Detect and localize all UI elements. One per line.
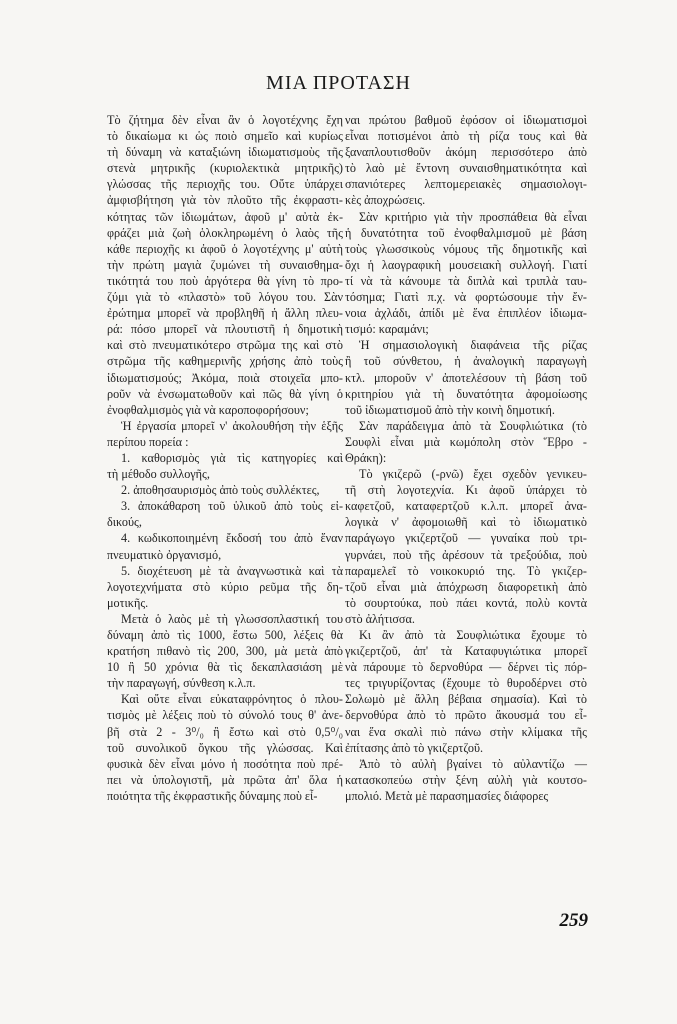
text-line: κριτηρίου γιὰ τὴ δυνατότητα ἀφομοίωσης [345, 386, 587, 402]
text-line: δύναμη ἀπὸ τὶς 1000, ἔστω 500, λέξεις θὰ [107, 627, 343, 643]
text-line: ἡ δυνατότητα τοῦ ἐνοφθαλμισμοῦ μὲ βάση [345, 225, 587, 241]
text-line: γκιζερτζοῦ, ἀπ' τὰ Καταφυγιώτικα μπορεῖ [345, 643, 587, 659]
right-column: ναι πρώτου βαθμοῦ ἐφόσον οἱ ἰδιωματισμοὶ… [345, 112, 587, 804]
text-line: πνευματικὸ ὀργανισμό, [107, 547, 343, 563]
text-line: 5. διοχέτευση μὲ τὰ ἀναγνωστικὰ καὶ τὰ [107, 563, 343, 579]
text-line: 2. ἀποθησαυρισμὸς ἀπὸ τοὺς συλλέκτες, [107, 482, 343, 498]
text-line: σπανιότερες λεπτομερειακὲς σημασιολογι- [345, 176, 587, 192]
text-line: ρά: πόσο μπορεῖ νὰ πλουτιστῆ ἡ δημοτικὴ [107, 321, 343, 337]
text-line: Σὰν παράδειγμα ἀπὸ τὰ Σουφλιώτικα (τὸ [345, 418, 587, 434]
text-line: κάθε περιοχῆς κι ἀφοῦ ὁ λογοτέχνης μ' αὐ… [107, 241, 343, 257]
text-line: τζοῦ εἶναι μιὰ ἀπόχρωση διαφορετικὴ ἀπὸ [345, 579, 587, 595]
text-line: εἶναι ποτισμένοι ἀπὸ τὴ ρίζα τους καὶ θὰ [345, 128, 587, 144]
text-line: 4. κωδικοποιημένη ἔκδοσή του ἀπὸ ἕναν [107, 530, 343, 546]
text-line: ἐνοφθαλμισμὸς γιὰ νὰ καροποφορήσουν; [107, 402, 343, 418]
text-line: δικούς, [107, 514, 343, 530]
text-line: γλώσσας τῆς περιοχῆς του. Οὔτε ὑπάρχει [107, 176, 343, 192]
text-line: τὸ σουρτούκα, ποὺ πάει κοντά, πολὺ κοντὰ [345, 595, 587, 611]
text-line: τες τριγυρίζοντας (ἔχουμε τὸ θυροδέρνει … [345, 675, 587, 691]
text-line: Κι ἂν ἀπὸ τὰ Σουφλιώτικα ἔχουμε τὸ [345, 627, 587, 643]
text-line: Ἡ σημασιολογικὴ διαφάνεια τῆς ρίζας [345, 337, 587, 353]
text-line: Τὸ ζήτημα δὲν εἶναι ἂν ὁ λογοτέχνης ἔχη [107, 112, 343, 128]
text-line: ἐρώτημα μπορεῖ νὰ προβληθῆ ἡ ἄλλη πλευ- [107, 305, 343, 321]
text-line: ναι ἕνα σκαλὶ πιὸ πάνω στὴν κλίμακα τῆς [345, 724, 587, 740]
text-line: μπολιό. Μετὰ μὲ παρασημασίες διάφορες [345, 788, 587, 804]
text-line: νοια ἀχλάδι, ἀπίδι μὲ ἕνα ἐπιπλέον ἰδιωμ… [345, 305, 587, 321]
text-line: φράζει μιὰ ζωὴ ὁλοκληρωμένη ὁ λαὸς τῆς [107, 225, 343, 241]
text-line: τί νὰ τὰ κάνουμε τὰ διπλὰ καὶ τριπλὰ ταυ… [345, 273, 587, 289]
text-line: 3. ἀποκάθαρση τοῦ ὑλικοῦ ἀπὸ τοὺς εἰ- [107, 498, 343, 514]
text-line: ἢ τοῦ σύνθετου, ἡ ἀναλογικὴ παραγωγὴ [345, 353, 587, 369]
text-line: στενὰ μητρικῆς (κυριολεκτικὰ μητρικῆς) [107, 160, 343, 176]
text-line: ἐπίτασης ἀπὸ τὸ γκιζερτζοῦ. [345, 740, 587, 756]
text-line: στὸ ἀλήτισσα. [345, 611, 587, 627]
text-line: ξαναπλουτισθοῦν ἀκόμη περισσότερο ἀπὸ [345, 144, 587, 160]
text-line: τόσημα; Γιατὶ π.χ. νὰ φορτώσουμε τὴν ἔν- [345, 289, 587, 305]
text-line: τοὺς γλωσσικοὺς νόμους τῆς δημοτικῆς καὶ [345, 241, 587, 257]
text-line: νὰ πάρουμε τὸ δερνοθύρα — δέρνει τὶς πόρ… [345, 659, 587, 675]
text-line: ἀμφισβήτηση γιὰ τὸν πλοῦτο τῆς ἐκφραστι- [107, 192, 343, 208]
text-line: τοῦ ἰδιωματισμοῦ ἀπὸ τὴν κοινὴ δημοτική. [345, 402, 587, 418]
text-line: περίπου πορεία : [107, 434, 343, 450]
text-line: Καὶ οὔτε εἶναι εὐκαταφρόνητος ὁ πλου- [107, 691, 343, 707]
text-line: κρατήση πιθανὸ τὶς 200, 300, μὰ μετὰ ἀπὸ [107, 643, 343, 659]
text-line: Τὸ γκιζερῶ (-ρνῶ) ἔχει σχεδὸν γενικευ- [345, 466, 587, 482]
text-line: καὶ στὸ πνευματικότερο στρῶμα της καὶ στ… [107, 337, 343, 353]
text-line: παράγωγο γκιζερτζοῦ — γυναίκα ποὺ τρι- [345, 530, 587, 546]
text-line: τὸ λαὸ μὲ ἔντονη συναισθηματικότητα καὶ [345, 160, 587, 176]
text-line: δερνοθύρα ἀπὸ τὸ πρῶτο ἄκουσμά του εἶ- [345, 707, 587, 723]
text-line: τὴν παραγωγή, σύνθεση κ.λ.π. [107, 675, 343, 691]
text-line: κότητας τῶν ἰδιωμάτων, ἀφοῦ μ' αὐτὰ ἐκ- [107, 209, 343, 225]
text-line: γυρνάει, ποὺ τῆς ἀρέσουν τὰ τρεξούδια, π… [345, 547, 587, 563]
text-line: Σὰν κριτήριο γιὰ τὴν προσπάθεια θὰ εἶναι [345, 209, 587, 225]
left-column: Τὸ ζήτημα δὲν εἶναι ἂν ὁ λογοτέχνης ἔχητ… [107, 112, 343, 804]
text-line: Μετὰ ὁ λαὸς μὲ τὴ γλωσσοπλαστική του [107, 611, 343, 627]
text-line: κὲς ἀποχρώσεις. [345, 192, 587, 208]
text-line: τικότητά του ποὺ ἀργότερα θὰ γίνη τὸ προ… [107, 273, 343, 289]
text-line: καφετζοῦ, καταφερτζοῦ κ.λ.π. μπορεῖ ἀνα- [345, 498, 587, 514]
text-line: βῆ στὰ 2 - 3⁰/₀ ἢ ἔστω καὶ στὸ 0,5⁰/₀ [107, 724, 343, 740]
text-line: ποιότητα τῆς ἐκφραστικῆς δύναμης ποὺ εἶ- [107, 788, 343, 804]
text-line: τισμὸς μὲ λέξεις ποὺ τὸ σύνολό τους θ' ἀ… [107, 707, 343, 723]
text-line: Θράκη): [345, 450, 587, 466]
text-line: παραμελεῖ τὸ νοικοκυριό της. Τὸ γκιζερ- [345, 563, 587, 579]
text-line: πει νὰ ὑπολογιστῆ, μὰ πρῶτα ἀπ' ὅλα ἡ [107, 772, 343, 788]
text-line: ὄχι ἡ λαογραφικὴ μουσειακὴ συλλογή. Γιατ… [345, 257, 587, 273]
text-line: Ἡ ἐργασία μπορεῖ ν' ἀκολουθήση τὴν ἑξῆς [107, 418, 343, 434]
page-title: ΜΙΑ ΠΡΟΤΑΣΗ [0, 72, 677, 95]
text-line: Σολωμὸ μὲ ἄλλη βέβαια σημασία). Καὶ τὸ [345, 691, 587, 707]
text-line: στρῶμα τῆς καθημερινῆς χρήσης ἀπὸ τοὺς [107, 353, 343, 369]
text-line: μοτικῆς. [107, 595, 343, 611]
page-number: 259 [540, 910, 588, 932]
text-line: τὴ μέθοδο συλλογῆς, [107, 466, 343, 482]
text-line: 10 ἢ 50 χρόνια θὰ τὶς δεκαπλασιάση μὲ [107, 659, 343, 675]
text-line: ναι πρώτου βαθμοῦ ἐφόσον οἱ ἰδιωματισμοὶ [345, 112, 587, 128]
text-line: λογοτεχνήματα στὸ κύριο ρεῦμα τῆς δη- [107, 579, 343, 595]
text-line: τὸ δικαίωμα κι ὡς ποιὸ σημεῖο καὶ κυρίως [107, 128, 343, 144]
text-line: τισμό: καραμάνι; [345, 321, 587, 337]
text-line: Ἀπὸ τὸ αὐλὴ βγαίνει τὸ αὐλαντίζω — [345, 756, 587, 772]
text-line: κτλ. μποροῦν ν' ἀποτελέσουν τὴ βάση τοῦ [345, 370, 587, 386]
text-line: τῆ στὴ λογοτεχνία. Κι ἀφοῦ ὑπάρχει τὸ [345, 482, 587, 498]
text-line: 1. καθορισμὸς γιὰ τὶς κατηγορίες καὶ [107, 450, 343, 466]
text-line: τὴ δύναμη νὰ καταξιώνη ἰδιωματισμοὺς τῆς [107, 144, 343, 160]
text-line: λογικὰ ν' ἀφομοιωθῆ καὶ τὸ ἰδιωματικὸ [345, 514, 587, 530]
text-line: ροῦν νὰ ἐνσωματωθοῦν καὶ πῶς θὰ γίνη ὁ [107, 386, 343, 402]
text-line: ἰδιωματισμούς; Ἀκόμα, ποιὰ στοιχεῖα μπο- [107, 370, 343, 386]
text-line: ζύμι γιὰ τὸ «πλαστὸ» τοῦ λόγου του. Σὰν [107, 289, 343, 305]
text-line: Σουφλὶ εἶναι μιὰ κωμόπολη στὸν Ἕβρο - [345, 434, 587, 450]
text-line: τοῦ συνολικοῦ ὄγκου τῆς γλώσσας. Καὶ [107, 740, 343, 756]
text-line: κατασκοπεύω στὴν ξένη αὐλὴ γιὰ κουτσο- [345, 772, 587, 788]
text-line: τὴν πρώτη μαγιὰ ζυμώνει τὴ συναισθημα- [107, 257, 343, 273]
text-line: φυσικὰ δὲν εἶναι μόνο ἡ ποσότητα ποὺ πρέ… [107, 756, 343, 772]
